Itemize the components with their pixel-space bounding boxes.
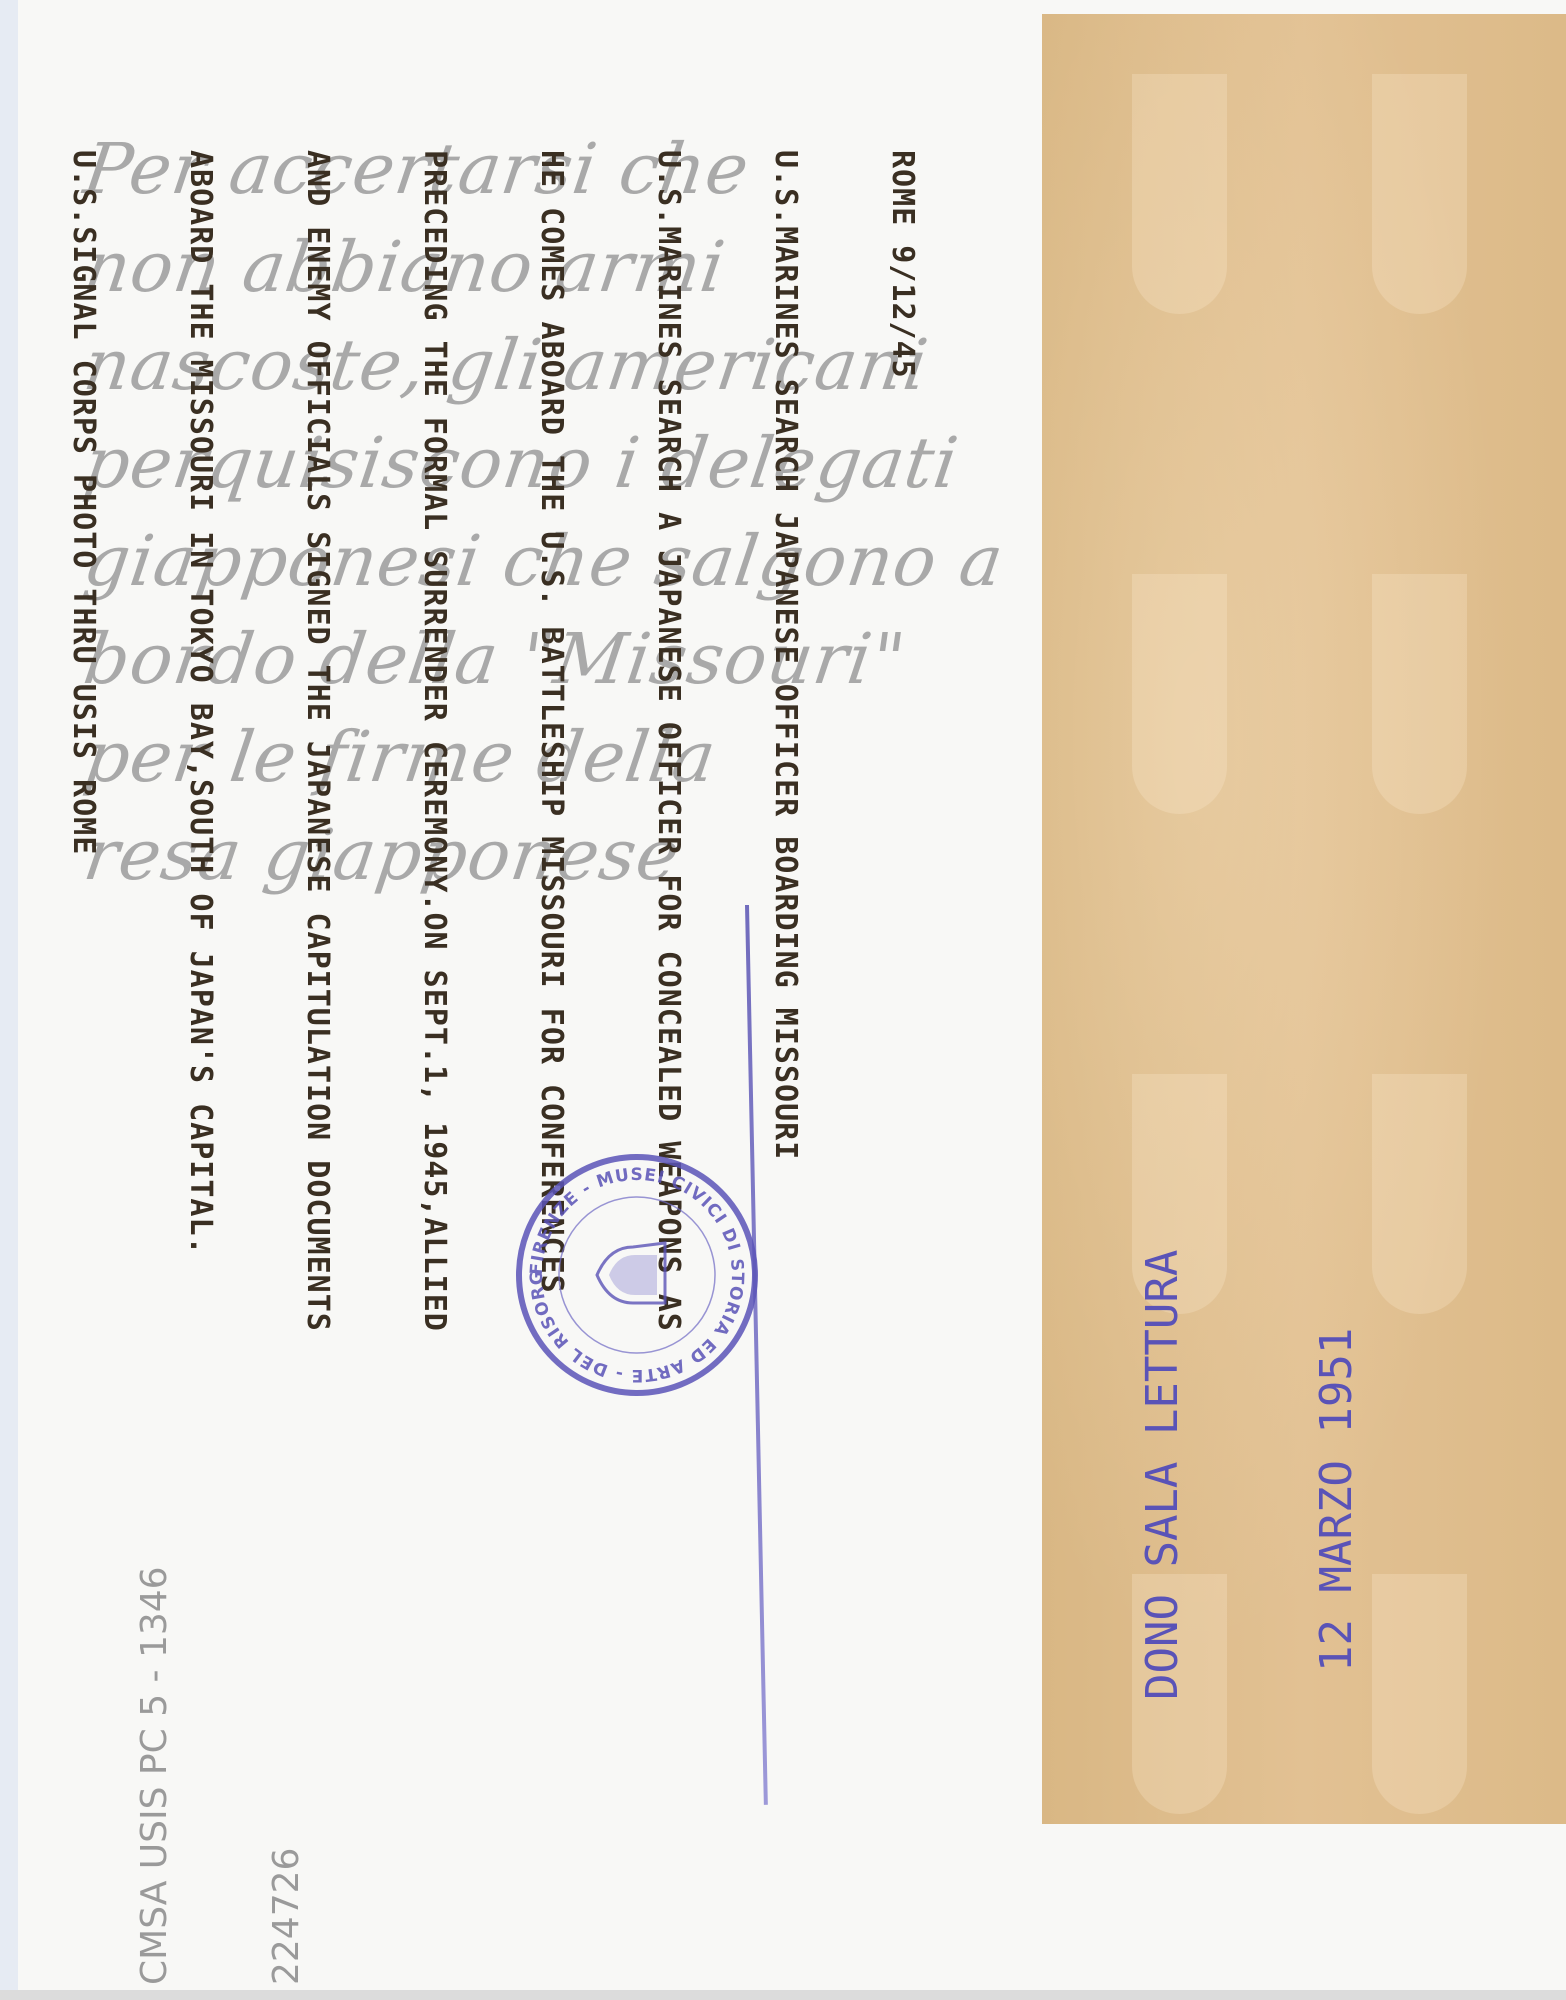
watermark-shield-icon bbox=[1132, 74, 1227, 314]
caption-line: PRECEDING THE FORMAL SURRENDER CEREMONY.… bbox=[415, 150, 454, 1800]
caption-line: U.S.MARINES SEARCH JAPANESE OFFICER BOAR… bbox=[766, 150, 805, 1800]
watermark-shield-icon bbox=[1372, 74, 1467, 314]
watermark-shield-icon bbox=[1372, 574, 1467, 814]
caption-line: AND ENEMY OFFICIALS SIGNED THE JAPANESE … bbox=[298, 150, 337, 1800]
archive-reference-note: CMSA USIS PC 5 - 1346 224726 bbox=[45, 1566, 353, 1985]
archive-reference-line2: 224726 bbox=[265, 1566, 309, 1985]
museum-round-stamp: FIRENZE - MUSEI CIVICI DI STORIA ED ARTE… bbox=[512, 1150, 762, 1400]
donation-stamp: DONO SALA LETTURA 12 MARZO 1951 bbox=[1018, 1000, 1424, 1700]
watermark-shield-icon bbox=[1132, 574, 1227, 814]
donation-stamp-date: 12 MARZO 1951 bbox=[1308, 1000, 1366, 1700]
caption-credit: U.S.SIGNAL CORPS PHOTO THRU USIS ROME bbox=[64, 150, 103, 1800]
press-caption-text: ROME 9/12/45 U.S.MARINES SEARCH JAPANESE… bbox=[0, 150, 1000, 1800]
shield-emblem-icon bbox=[597, 1243, 665, 1303]
caption-line: U.S.MARINES SEARCH A JAPANESE OFFICER FO… bbox=[649, 150, 688, 1800]
donation-stamp-line1: DONO SALA LETTURA bbox=[1134, 1000, 1192, 1700]
caption-line: HE COMES ABOARD THE U.S. BATTLESHIP MISS… bbox=[532, 150, 571, 1800]
caption-dateline: ROME 9/12/45 bbox=[883, 150, 922, 1800]
caption-line: ABOARD THE MISSOURI IN TOKYO BAY,SOUTH O… bbox=[181, 150, 220, 1800]
archive-reference-line1: CMSA USIS PC 5 - 1346 bbox=[133, 1566, 177, 1985]
scan-bottom-edge bbox=[0, 1990, 1566, 2000]
